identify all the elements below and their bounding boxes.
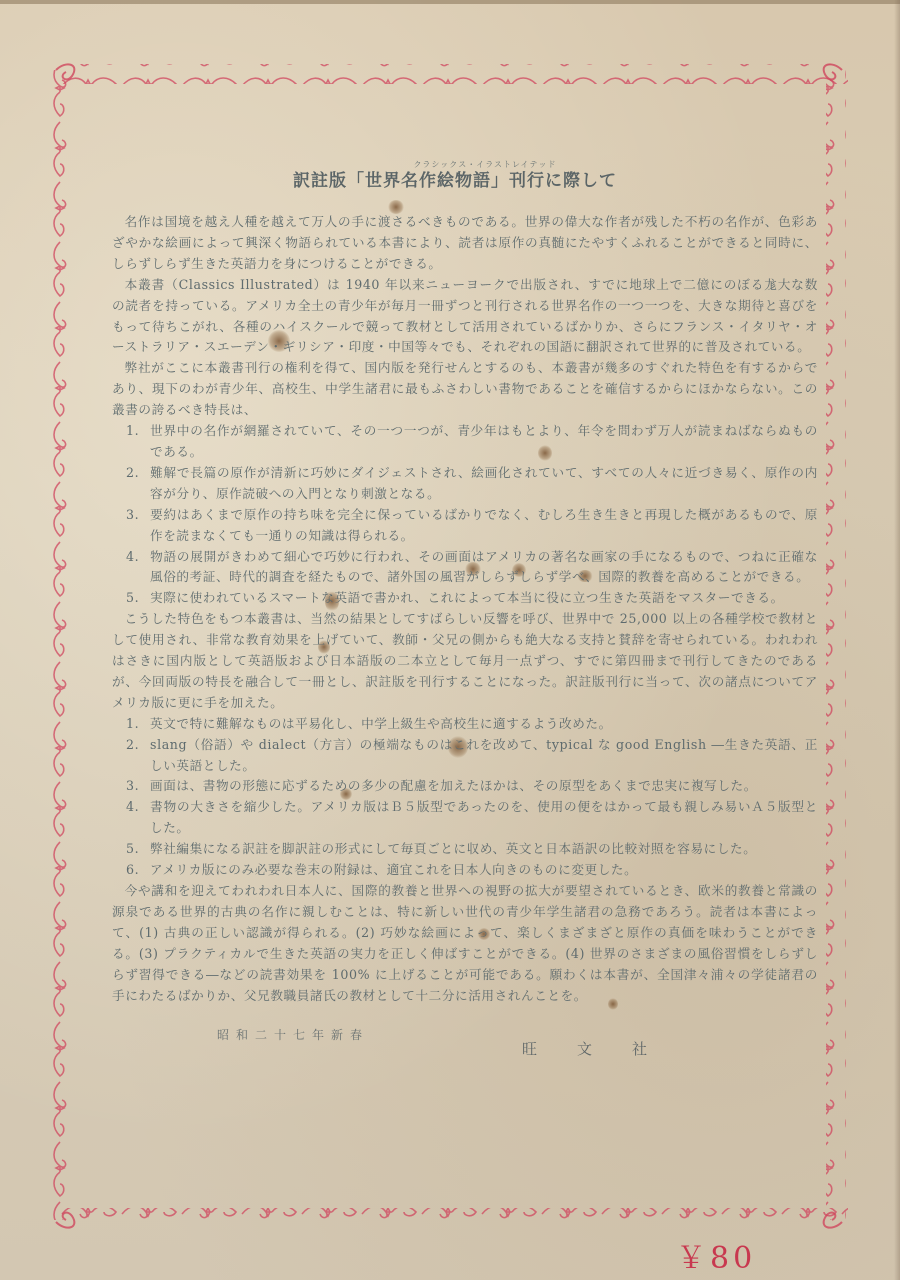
- changes-list: 1.英文で特に難解なものは平易化し、中学上級生や高校生に適するよう改めた。 2.…: [112, 714, 818, 881]
- list-item: 5.弊社編集になる訳註を脚訳註の形式にして毎頁ごとに収め、英文と日本語訳の比較対…: [112, 839, 818, 860]
- signature-row: 昭和二十七年新春 旺文社: [112, 1016, 818, 1076]
- list-text: 画面は、書物の形態に応ずるための多少の配慮を加えたほかは、その原型をあくまで忠実…: [150, 778, 757, 793]
- paragraph: 今や講和を迎えてわれわれ日本人に、国際的教養と世界への視野の拡大が要望されている…: [112, 881, 818, 1006]
- list-number: 1.: [126, 421, 150, 442]
- intro-section: 名作は国境を越え人種を越えて万人の手に渡さるべきものである。世界の偉大な作者が残…: [112, 212, 818, 421]
- list-text: slang（俗語）や dialect（方言）の極端なものはこれを改めて、typi…: [150, 737, 818, 773]
- list-item: 3.画面は、書物の形態に応ずるための多少の配慮を加えたほかは、その原型をあくまで…: [112, 776, 818, 797]
- list-item: 4.書物の大きさを縮少した。アメリカ版はＢ５版型であったのを、使用の便をはかって…: [112, 797, 818, 839]
- list-number: 4.: [126, 797, 150, 818]
- list-text: 弊社編集になる訳註を脚訳註の形式にして毎頁ごとに収め、英文と日本語訳の比較対照を…: [150, 841, 756, 856]
- price-label: ￥80: [676, 1233, 756, 1277]
- list-item: 6.アメリカ版にのみ必要な巻末の附録は、適宜これを日本人向きのものに変更した。: [112, 860, 818, 881]
- page-title: 訳註版「世界名作絵物語」刊行に際して: [92, 170, 818, 192]
- paragraph: こうした特色をもつ本叢書は、当然の結果としてすばらしい反響を呼び、世界中で 25…: [112, 609, 818, 714]
- list-number: 5.: [126, 839, 150, 860]
- list-number: 2.: [126, 463, 150, 484]
- list-item: 2.難解で長篇の原作が清新に巧妙にダイジェストされ、絵画化されていて、すべての人…: [112, 463, 818, 505]
- title-ruby: クラシックス・イラストレイテッド: [152, 160, 818, 170]
- list-number: 3.: [126, 505, 150, 526]
- list-number: 4.: [126, 547, 150, 568]
- list-item: 4.物語の展開がきわめて細心で巧妙に行われ、その画面はアメリカの著名な画家の手に…: [112, 547, 818, 589]
- list-text: 物語の展開がきわめて細心で巧妙に行われ、その画面はアメリカの著名な画家の手になる…: [150, 549, 818, 585]
- paragraph: 名作は国境を越え人種を越えて万人の手に渡さるべきものである。世界の偉大な作者が残…: [112, 212, 818, 275]
- list-text: 書物の大きさを縮少した。アメリカ版はＢ５版型であったのを、使用の便をはかって最も…: [150, 799, 818, 835]
- list-text: 実際に使われているスマートな英語で書かれ、これによって本当に役に立つ生きた英語を…: [150, 590, 784, 605]
- title-block: クラシックス・イラストレイテッド 訳註版「世界名作絵物語」刊行に際して: [92, 160, 818, 192]
- list-text: アメリカ版にのみ必要な巻末の附録は、適宜これを日本人向きのものに変更した。: [150, 862, 637, 877]
- list-item: 5.実際に使われているスマートな英語で書かれ、これによって本当に役に立つ生きた英…: [112, 588, 818, 609]
- list-number: 6.: [126, 860, 150, 881]
- list-text: 要約はあくまで原作の持ち味を完全に保っているばかりでなく、むしろ生き生きと再現し…: [150, 507, 818, 543]
- paragraph: 弊社がここに本叢書刊行の権利を得て、国内版を発行せんとするのも、本叢書が幾多のす…: [112, 358, 818, 421]
- list-text: 世界中の名作が網羅されていて、その一つ一つが、青少年はもとより、年令を問わず万人…: [150, 423, 818, 459]
- list-text: 英文で特に難解なものは平易化し、中学上級生や高校生に適するよう改めた。: [150, 716, 612, 731]
- list-item: 1.世界中の名作が網羅されていて、その一つ一つが、青少年はもとより、年令を問わず…: [112, 421, 818, 463]
- list-number: 2.: [126, 735, 150, 756]
- list-item: 3.要約はあくまで原作の持ち味を完全に保っているばかりでなく、むしろ生き生きと再…: [112, 505, 818, 547]
- list-number: 3.: [126, 776, 150, 797]
- list-text: 難解で長篇の原作が清新に巧妙にダイジェストされ、絵画化されていて、すべての人々に…: [150, 465, 818, 501]
- publisher-name: 旺文社: [522, 1038, 687, 1059]
- foreword-text: クラシックス・イラストレイテッド 訳註版「世界名作絵物語」刊行に際して 名作は国…: [112, 160, 818, 1076]
- features-list: 1.世界中の名作が網羅されていて、その一つ一つが、青少年はもとより、年令を問わず…: [112, 421, 818, 609]
- book-back-cover: クラシックス・イラストレイテッド 訳註版「世界名作絵物語」刊行に際して 名作は国…: [0, 0, 900, 1280]
- list-number: 1.: [126, 714, 150, 735]
- date-text: 昭和二十七年新春: [217, 1026, 369, 1043]
- list-number: 5.: [126, 588, 150, 609]
- list-item: 1.英文で特に難解なものは平易化し、中学上級生や高校生に適するよう改めた。: [112, 714, 818, 735]
- list-item: 2.slang（俗語）や dialect（方言）の極端なものはこれを改めて、ty…: [112, 735, 818, 777]
- paragraph: 本叢書（Classics Illustrated）は 1940 年以来ニューヨー…: [112, 275, 818, 359]
